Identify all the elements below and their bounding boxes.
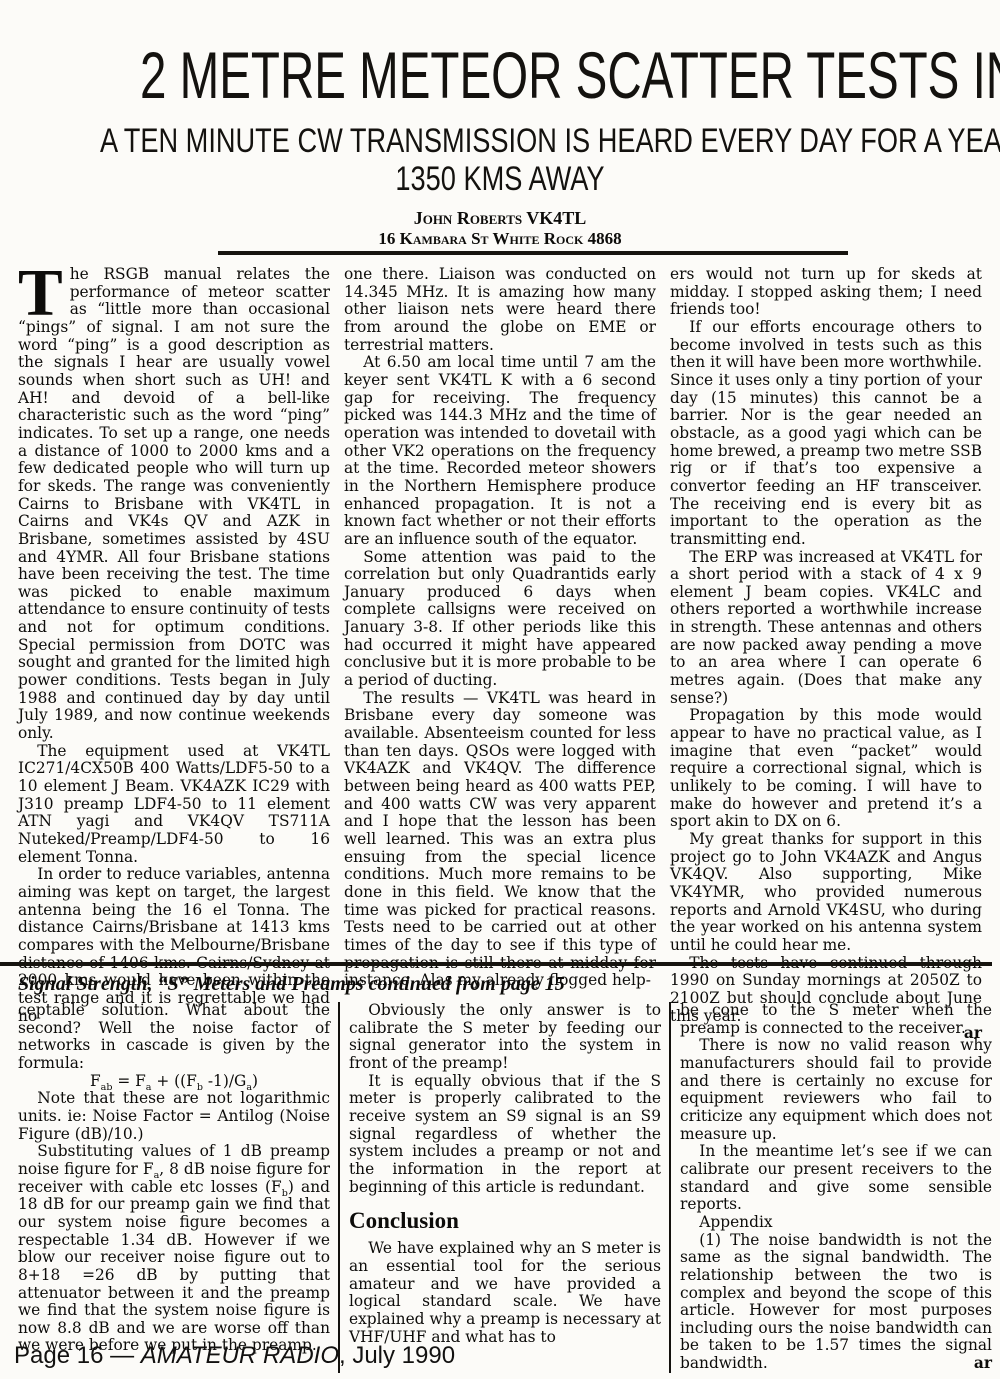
article1-column-1: The RSGB manual relates the performance … [18,266,330,1043]
article-title: 2 METRE METEOR SCATTER TESTS IN VK4 [140,40,860,110]
article2-body: ceptable solution. What about the second… [18,1002,982,1373]
formula: Fab = Fa + ((Fb -1)/Ga) [18,1073,330,1091]
article2-column-1: ceptable solution. What about the second… [18,1002,330,1373]
paragraph: Propagation by this mode would appear to… [670,707,982,831]
paragraph: one there. Liaison was conducted on 14.3… [344,266,656,354]
paragraph: Some attention was paid to the correlati… [344,549,656,690]
paragraph: If our efforts encourage others to becom… [670,319,982,549]
article1-body: The RSGB manual relates the performance … [18,266,982,1043]
drop-cap: T [18,266,70,318]
paragraph: Obviously the only answer is to calibrat… [349,1002,661,1073]
paragraph: Page 16 — AMATEUR RADIO, July 1990 [14,1342,455,1370]
page-footer: Page 16 — AMATEUR RADIO, July 1990 [14,1342,455,1370]
magazine-page: 2 METRE METEOR SCATTER TESTS IN VK4 A TE… [0,0,1000,1379]
paragraph: Note that these are not logarithmic unit… [18,1090,330,1143]
paragraph: The RSGB manual relates the performance … [18,266,330,743]
paragraph: There is now no valid reason why manufac… [680,1037,992,1143]
paragraph: be cone to the S meter when the preamp i… [680,1002,992,1037]
paragraph: It is equally obvious that if the S mete… [349,1073,661,1197]
paragraph: Appendix [680,1214,992,1232]
article-subtitle-line2: 1350 KMS AWAY [100,160,900,198]
paragraph: My great thanks for support in this proj… [670,831,982,955]
paragraph: Substituting values of 1 dB preamp noise… [18,1143,330,1355]
article-header: 2 METRE METEOR SCATTER TESTS IN VK4 A TE… [0,40,1000,248]
byline: John Roberts VK4TL [0,208,1000,228]
paragraph: At 6.50 am local time until 7 am the key… [344,354,656,548]
article1-column-2: one there. Liaison was conducted on 14.3… [344,266,656,1043]
paragraph: We have explained why an S meter is an e… [349,1240,661,1346]
section-heading: Conclusion [349,1209,661,1233]
author-address: 16 Kambara St White Rock 4868 [0,229,1000,248]
article2-column-2: Obviously the only answer is to calibrat… [338,1002,661,1373]
paragraph: The ERP was increased at VK4TL for a sho… [670,549,982,708]
article2-column-3: be cone to the S meter when the preamp i… [669,1002,992,1373]
paragraph: The results — VK4TL was heard in Brisban… [344,690,656,990]
paragraph: ers would not turn up for skeds at midda… [670,266,982,319]
article1-column-3: ers would not turn up for skeds at midda… [670,266,982,1043]
paragraph: (1) The noise bandwidth is not the same … [680,1232,992,1373]
header-divider-rule [218,251,848,255]
paragraph: ceptable solution. What about the second… [18,1002,330,1073]
continued-article-header: Signal Strength, “S” Meters and Preamps … [18,972,982,996]
paragraph: The equipment used at VK4TL IC271/4CX50B… [18,743,330,867]
article-subtitle-line1: A TEN MINUTE CW TRANSMISSION IS HEARD EV… [100,122,900,160]
paragraph: In the meantime let’s see if we can cali… [680,1143,992,1214]
section-divider-rule [0,962,992,966]
